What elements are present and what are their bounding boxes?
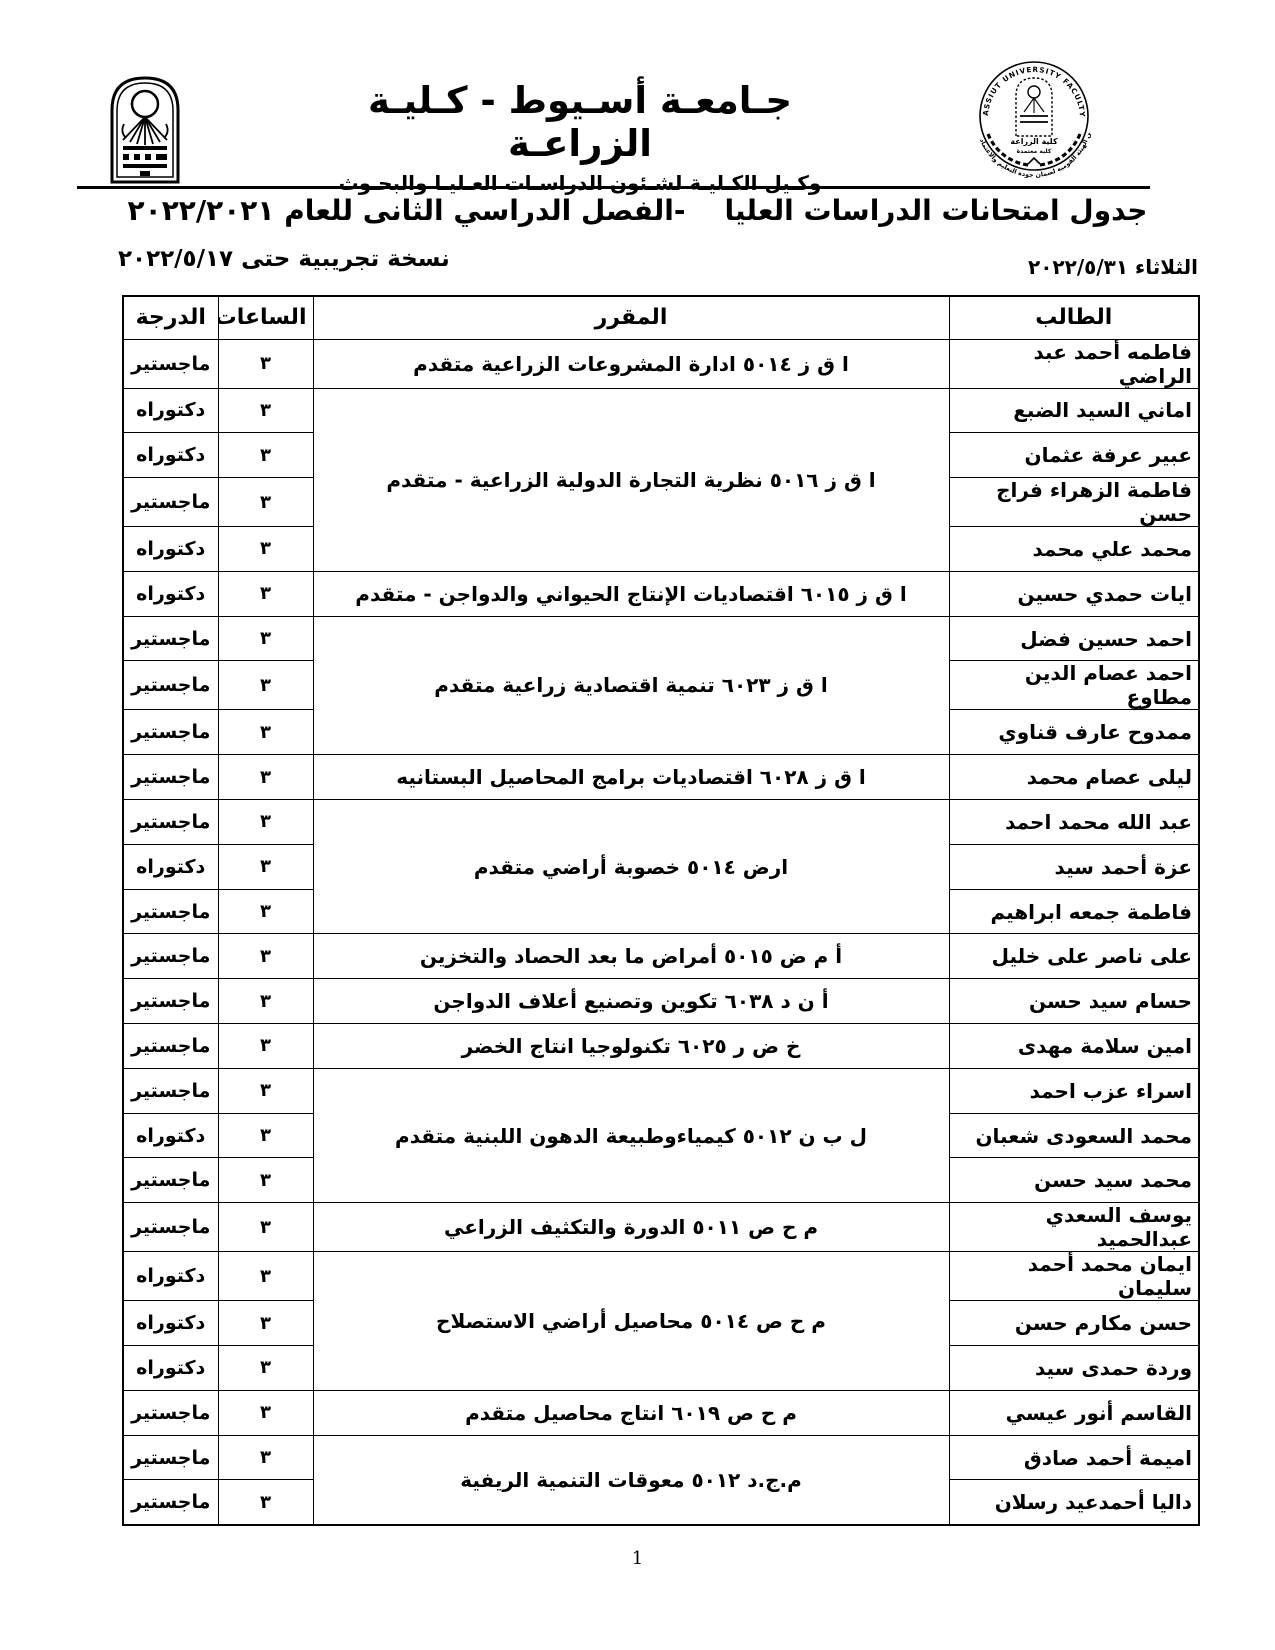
student-name-cell: فاطمة جمعه ابراهيم [949, 889, 1199, 934]
degree-cell: ماجستير [123, 889, 218, 934]
student-name-cell: حسن مكارم حسن [949, 1301, 1199, 1346]
course-cell: خ ض ر ٦٠٢٥ تكنولوجيا انتاج الخضر [313, 1024, 949, 1069]
course-cell: م ح ص ٥٠١١ الدورة والتكثيف الزراعي [313, 1203, 949, 1252]
student-name-cell: محمد علي محمد [949, 527, 1199, 572]
seal-bottom-text: معتمدة من الهيئة القومية لضمان جودة التع… [968, 56, 1092, 179]
table-row: يوسف السعدي عبدالحميدم ح ص ٥٠١١ الدورة و… [123, 1203, 1199, 1252]
degree-cell: ماجستير [123, 616, 218, 661]
hours-cell: ٣ [218, 1346, 313, 1391]
student-name-cell: اسراء عزب احمد [949, 1068, 1199, 1113]
table-row: القاسم أنور عيسيم ح ص ٦٠١٩ انتاج محاصيل … [123, 1390, 1199, 1435]
degree-cell: دكتوراه [123, 844, 218, 889]
student-name-cell: ممدوح عارف قناوي [949, 710, 1199, 755]
hours-cell: ٣ [218, 1068, 313, 1113]
university-title: جـامعـة أسـيوط - كـليـة الزراعـة [290, 80, 870, 165]
course-cell: م ح ص ٦٠١٩ انتاج محاصيل متقدم [313, 1390, 949, 1435]
hours-cell: ٣ [218, 934, 313, 979]
hours-cell: ٣ [218, 1252, 313, 1301]
degree-cell: ماجستير [123, 979, 218, 1024]
degree-cell: ماجستير [123, 1068, 218, 1113]
hours-cell: ٣ [218, 1203, 313, 1252]
document-page: جـامعـة أسـيوط - كـليـة الزراعـة وكـيل ا… [0, 0, 1275, 1650]
degree-cell: دكتوراه [123, 433, 218, 478]
hours-cell: ٣ [218, 571, 313, 616]
student-name-cell: امين سلامة مهدى [949, 1024, 1199, 1069]
hours-cell: ٣ [218, 800, 313, 845]
table-row: عبد الله محمد احمدارض ٥٠١٤ خصوبة أراضي م… [123, 800, 1199, 845]
header-divider [77, 186, 1150, 189]
student-name-cell: ليلى عصام محمد [949, 755, 1199, 800]
degree-cell: دكتوراه [123, 1113, 218, 1158]
table-header-row: الطالب المقرر الساعات الدرجة [123, 296, 1199, 339]
degree-cell: ماجستير [123, 934, 218, 979]
table-row: ايمان محمد أحمد سليمانم ح ص ٥٠١٤ محاصيل … [123, 1252, 1199, 1301]
hours-cell: ٣ [218, 710, 313, 755]
student-name-cell: ايات حمدي حسين [949, 571, 1199, 616]
table-row: اسراء عزب احمدل ب ن ٥٠١٢ كيمياءوطبيعة ال… [123, 1068, 1199, 1113]
hours-cell: ٣ [218, 1301, 313, 1346]
hours-cell: ٣ [218, 616, 313, 661]
student-column-header: الطالب [949, 296, 1199, 339]
student-name-cell: احمد عصام الدين مطاوع [949, 661, 1199, 710]
hours-cell: ٣ [218, 1113, 313, 1158]
student-name-cell: اماني السيد الضبع [949, 388, 1199, 433]
degree-cell: ماجستير [123, 1435, 218, 1480]
hours-cell: ٣ [218, 388, 313, 433]
degree-cell: ماجستير [123, 1390, 218, 1435]
hours-cell: ٣ [218, 661, 313, 710]
student-name-cell: القاسم أنور عيسي [949, 1390, 1199, 1435]
hours-cell: ٣ [218, 478, 313, 527]
degree-cell: دكتوراه [123, 571, 218, 616]
degree-cell: ماجستير [123, 755, 218, 800]
table-row: حسام سيد حسنأ ن د ٦٠٣٨ تكوين وتصنيع أعلا… [123, 979, 1199, 1024]
table-row: ايات حمدي حسينا ق ز ٦٠١٥ اقتصاديات الإنت… [123, 571, 1199, 616]
hours-cell: ٣ [218, 844, 313, 889]
degree-cell: ماجستير [123, 800, 218, 845]
hours-cell: ٣ [218, 889, 313, 934]
hours-cell: ٣ [218, 527, 313, 572]
degree-cell: ماجستير [123, 1024, 218, 1069]
student-name-cell: عبد الله محمد احمد [949, 800, 1199, 845]
degree-cell: ماجستير [123, 710, 218, 755]
course-cell: ا ق ز ٥٠١٤ ادارة المشروعات الزراعية متقد… [313, 339, 949, 388]
degree-cell: ماجستير [123, 478, 218, 527]
exam-day-date: الثلاثاء ٢٠٢٢/٥/٣١ [1028, 255, 1198, 279]
student-name-cell: حسام سيد حسن [949, 979, 1199, 1024]
hours-cell: ٣ [218, 339, 313, 388]
course-cell: م ح ص ٥٠١٤ محاصيل أراضي الاستصلاح [313, 1252, 949, 1391]
seal-center-line1: كلية الزراعة [1010, 137, 1058, 146]
table-row: ليلى عصام محمدا ق ز ٦٠٢٨ اقتصاديات برامج… [123, 755, 1199, 800]
course-cell: أ م ض ٥٠١٥ أمراض ما بعد الحصاد والتخزين [313, 934, 949, 979]
student-name-cell: وردة حمدى سيد [949, 1346, 1199, 1391]
degree-cell: دكتوراه [123, 1346, 218, 1391]
student-name-cell: فاطمه أحمد عبد الراضي [949, 339, 1199, 388]
student-name-cell: يوسف السعدي عبدالحميد [949, 1203, 1199, 1252]
page-number: 1 [0, 1548, 1275, 1569]
exam-schedule-table: الطالب المقرر الساعات الدرجة فاطمه أحمد … [122, 295, 1200, 1526]
degree-column-header: الدرجة [123, 296, 218, 339]
degree-cell: ماجستير [123, 1158, 218, 1203]
table-row: على ناصر على خليلأ م ض ٥٠١٥ أمراض ما بعد… [123, 934, 1199, 979]
table-row: امين سلامة مهدىخ ض ر ٦٠٢٥ تكنولوجيا انتا… [123, 1024, 1199, 1069]
course-cell: م.ج.د ٥٠١٢ معوقات التنمية الريفية [313, 1435, 949, 1525]
hours-cell: ٣ [218, 1435, 313, 1480]
hours-cell: ٣ [218, 1024, 313, 1069]
table-row: اماني السيد الضبعا ق ز ٥٠١٦ نظرية التجار… [123, 388, 1199, 433]
degree-cell: ماجستير [123, 1203, 218, 1252]
course-cell: ل ب ن ٥٠١٢ كيمياءوطبيعة الدهون اللبنية م… [313, 1068, 949, 1202]
student-name-cell: محمد سيد حسن [949, 1158, 1199, 1203]
course-cell: أ ن د ٦٠٣٨ تكوين وتصنيع أعلاف الدواجن [313, 979, 949, 1024]
faculty-seal-icon: ASSIUT UNIVERSITY FACULTY OF AGRICULTURE… [968, 56, 1100, 184]
student-name-cell: عبير عرفة عثمان [949, 433, 1199, 478]
course-cell: ا ق ز ٦٠٢٣ تنمية اقتصادية زراعية متقدم [313, 616, 949, 755]
degree-cell: دكتوراه [123, 527, 218, 572]
degree-cell: دكتوراه [123, 1301, 218, 1346]
hours-cell: ٣ [218, 1158, 313, 1203]
draft-version-note: نسخة تجريبية حتى ٢٠٢٢/٥/١٧ [118, 246, 450, 272]
student-name-cell: ايمان محمد أحمد سليمان [949, 1252, 1199, 1301]
seal-ring-text: ASSIUT UNIVERSITY FACULTY OF AGRICULTURE [968, 56, 1087, 118]
course-cell: ا ق ز ٥٠١٦ نظرية التجارة الدولية الزراعي… [313, 388, 949, 571]
student-name-cell: اميمة أحمد صادق [949, 1435, 1199, 1480]
hours-cell: ٣ [218, 979, 313, 1024]
degree-cell: ماجستير [123, 661, 218, 710]
course-cell: ا ق ز ٦٠٢٨ اقتصاديات برامج المحاصيل البس… [313, 755, 949, 800]
table-row: احمد حسين فضلا ق ز ٦٠٢٣ تنمية اقتصادية ز… [123, 616, 1199, 661]
university-stamp-icon [108, 74, 182, 186]
table-row: اميمة أحمد صادقم.ج.د ٥٠١٢ معوقات التنمية… [123, 1435, 1199, 1480]
table-row: فاطمه أحمد عبد الراضيا ق ز ٥٠١٤ ادارة ال… [123, 339, 1199, 388]
faculty-subtitle: وكـيل الكـليـة لشـئون الدراسـات العـليـا… [290, 171, 870, 195]
student-name-cell: محمد السعودى شعبان [949, 1113, 1199, 1158]
degree-cell: ماجستير [123, 1480, 218, 1525]
hours-cell: ٣ [218, 1390, 313, 1435]
hours-cell: ٣ [218, 755, 313, 800]
student-name-cell: فاطمة الزهراء فراج حسن [949, 478, 1199, 527]
course-cell: ا ق ز ٦٠١٥ اقتصاديات الإنتاج الحيواني وا… [313, 571, 949, 616]
student-name-cell: عزة أحمد سيد [949, 844, 1199, 889]
seal-center-line2: كلية معتمدة [1017, 148, 1052, 155]
exam-schedule-title: جدول امتحانات الدراسات العليا -الفصل الد… [0, 194, 1275, 227]
hours-column-header: الساعات [218, 296, 313, 339]
degree-cell: دكتوراه [123, 388, 218, 433]
student-name-cell: على ناصر على خليل [949, 934, 1199, 979]
course-column-header: المقرر [313, 296, 949, 339]
student-name-cell: احمد حسين فضل [949, 616, 1199, 661]
degree-cell: ماجستير [123, 339, 218, 388]
hours-cell: ٣ [218, 433, 313, 478]
course-cell: ارض ٥٠١٤ خصوبة أراضي متقدم [313, 800, 949, 934]
degree-cell: دكتوراه [123, 1252, 218, 1301]
student-name-cell: داليا أحمدعيد رسلان [949, 1480, 1199, 1525]
hours-cell: ٣ [218, 1480, 313, 1525]
